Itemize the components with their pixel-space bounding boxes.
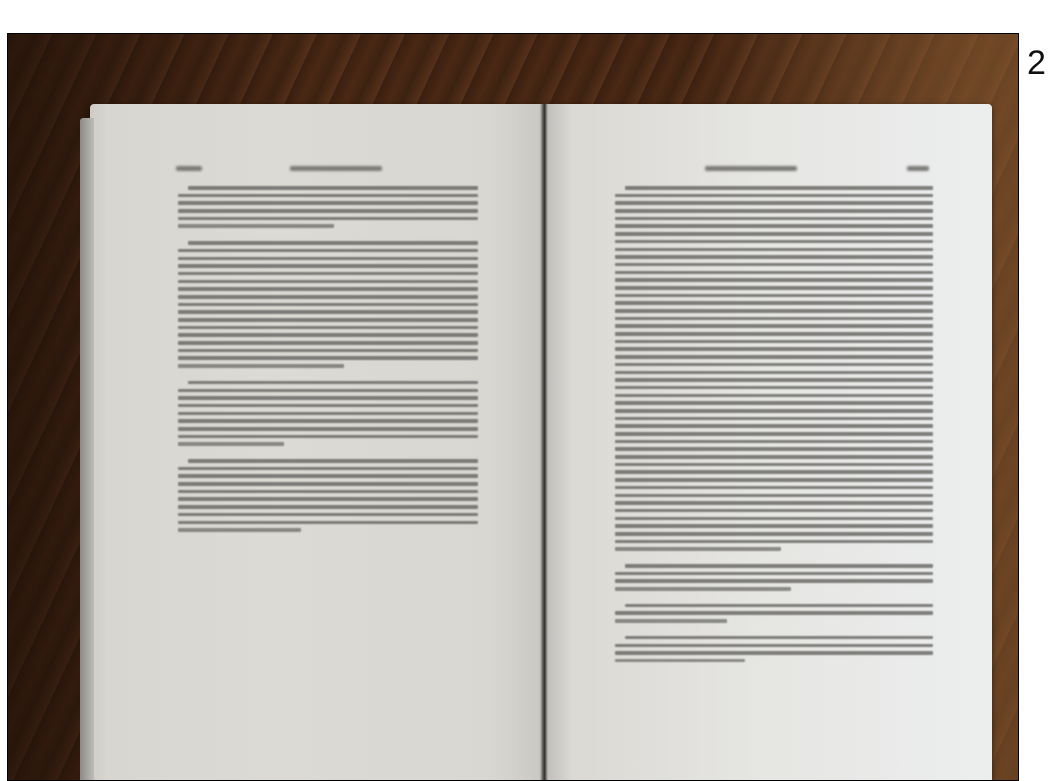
text-line (178, 303, 478, 307)
text-line (178, 396, 478, 400)
text-line (178, 217, 478, 221)
text-line (615, 470, 933, 474)
text-line (615, 401, 933, 405)
text-line (615, 644, 933, 648)
text-line (178, 224, 334, 228)
open-book (90, 104, 992, 781)
text-line (615, 447, 933, 451)
left-page-number (176, 166, 202, 171)
text-line (188, 186, 478, 190)
text-line (188, 241, 478, 245)
right-page-number (907, 166, 929, 171)
text-line (178, 442, 284, 446)
text-line (615, 659, 745, 663)
text-line (615, 294, 933, 298)
text-line (178, 497, 478, 501)
right-page (545, 104, 992, 781)
text-line (178, 513, 478, 517)
left-running-head (290, 166, 382, 171)
text-line (188, 381, 478, 385)
text-line (178, 427, 478, 431)
text-line (615, 248, 933, 252)
text-line (615, 224, 933, 228)
text-line (615, 340, 933, 344)
text-line (178, 364, 344, 368)
left-page-text (178, 186, 478, 536)
text-line (178, 528, 301, 532)
text-line (615, 194, 933, 198)
text-line (178, 505, 478, 509)
text-line (615, 611, 933, 615)
text-line (615, 317, 933, 321)
text-line (178, 389, 478, 393)
text-line (178, 467, 478, 471)
text-line (178, 474, 478, 478)
text-line (615, 524, 933, 528)
text-line (625, 186, 933, 190)
text-line (178, 341, 478, 345)
text-line (615, 332, 933, 336)
text-line (178, 412, 478, 416)
text-line (178, 419, 478, 423)
text-line (178, 490, 478, 494)
text-line (615, 347, 933, 351)
text-line (615, 363, 933, 367)
text-line (615, 386, 933, 390)
text-line (615, 587, 791, 591)
text-line (615, 463, 933, 467)
right-page-text (615, 186, 933, 667)
text-line (178, 333, 478, 337)
text-line (615, 209, 933, 213)
text-line (178, 287, 478, 291)
text-line (615, 455, 933, 459)
text-line (615, 371, 933, 375)
text-line (615, 501, 933, 505)
book-gutter (540, 104, 548, 781)
text-line (178, 435, 478, 439)
left-page (90, 104, 545, 781)
text-line (615, 619, 727, 623)
text-line (178, 318, 478, 322)
text-line (615, 494, 933, 498)
text-line (178, 295, 478, 299)
text-line (615, 409, 933, 413)
text-line (625, 636, 933, 640)
text-line (615, 478, 933, 482)
text-line (615, 517, 933, 521)
text-line (615, 271, 933, 275)
text-line (615, 417, 933, 421)
text-line (615, 355, 933, 359)
text-line (178, 521, 478, 525)
text-line (615, 263, 933, 267)
text-line (178, 249, 478, 253)
text-line (615, 651, 933, 655)
text-line (178, 310, 478, 314)
book-photo (7, 33, 1019, 781)
text-line (615, 432, 933, 436)
text-line (615, 572, 933, 576)
text-line (615, 440, 933, 444)
text-line (615, 240, 933, 244)
text-line (178, 257, 478, 261)
text-line (615, 486, 933, 490)
text-line (615, 424, 933, 428)
text-line (178, 280, 478, 284)
text-line (178, 272, 478, 276)
text-line (615, 301, 933, 305)
text-line (615, 309, 933, 313)
text-line (625, 604, 933, 608)
text-line (615, 232, 933, 236)
text-line (615, 278, 933, 282)
text-line (615, 547, 781, 551)
text-line (178, 356, 478, 360)
text-line (178, 194, 478, 198)
figure-label: 2 (1027, 44, 1046, 83)
text-line (615, 217, 933, 221)
text-line (615, 201, 933, 205)
text-line (178, 326, 478, 330)
text-line (615, 540, 933, 544)
text-line (615, 394, 933, 398)
text-line (615, 509, 933, 513)
text-line (615, 532, 933, 536)
text-line (178, 209, 478, 213)
text-line (615, 579, 933, 583)
text-line (188, 459, 478, 463)
text-line (615, 324, 933, 328)
text-line (615, 255, 933, 259)
text-line (615, 378, 933, 382)
text-line (178, 264, 478, 268)
text-line (178, 404, 478, 408)
text-line (625, 564, 933, 568)
text-line (178, 482, 478, 486)
text-line (178, 201, 478, 205)
text-line (615, 286, 933, 290)
text-line (178, 349, 478, 353)
right-running-head (705, 166, 797, 171)
